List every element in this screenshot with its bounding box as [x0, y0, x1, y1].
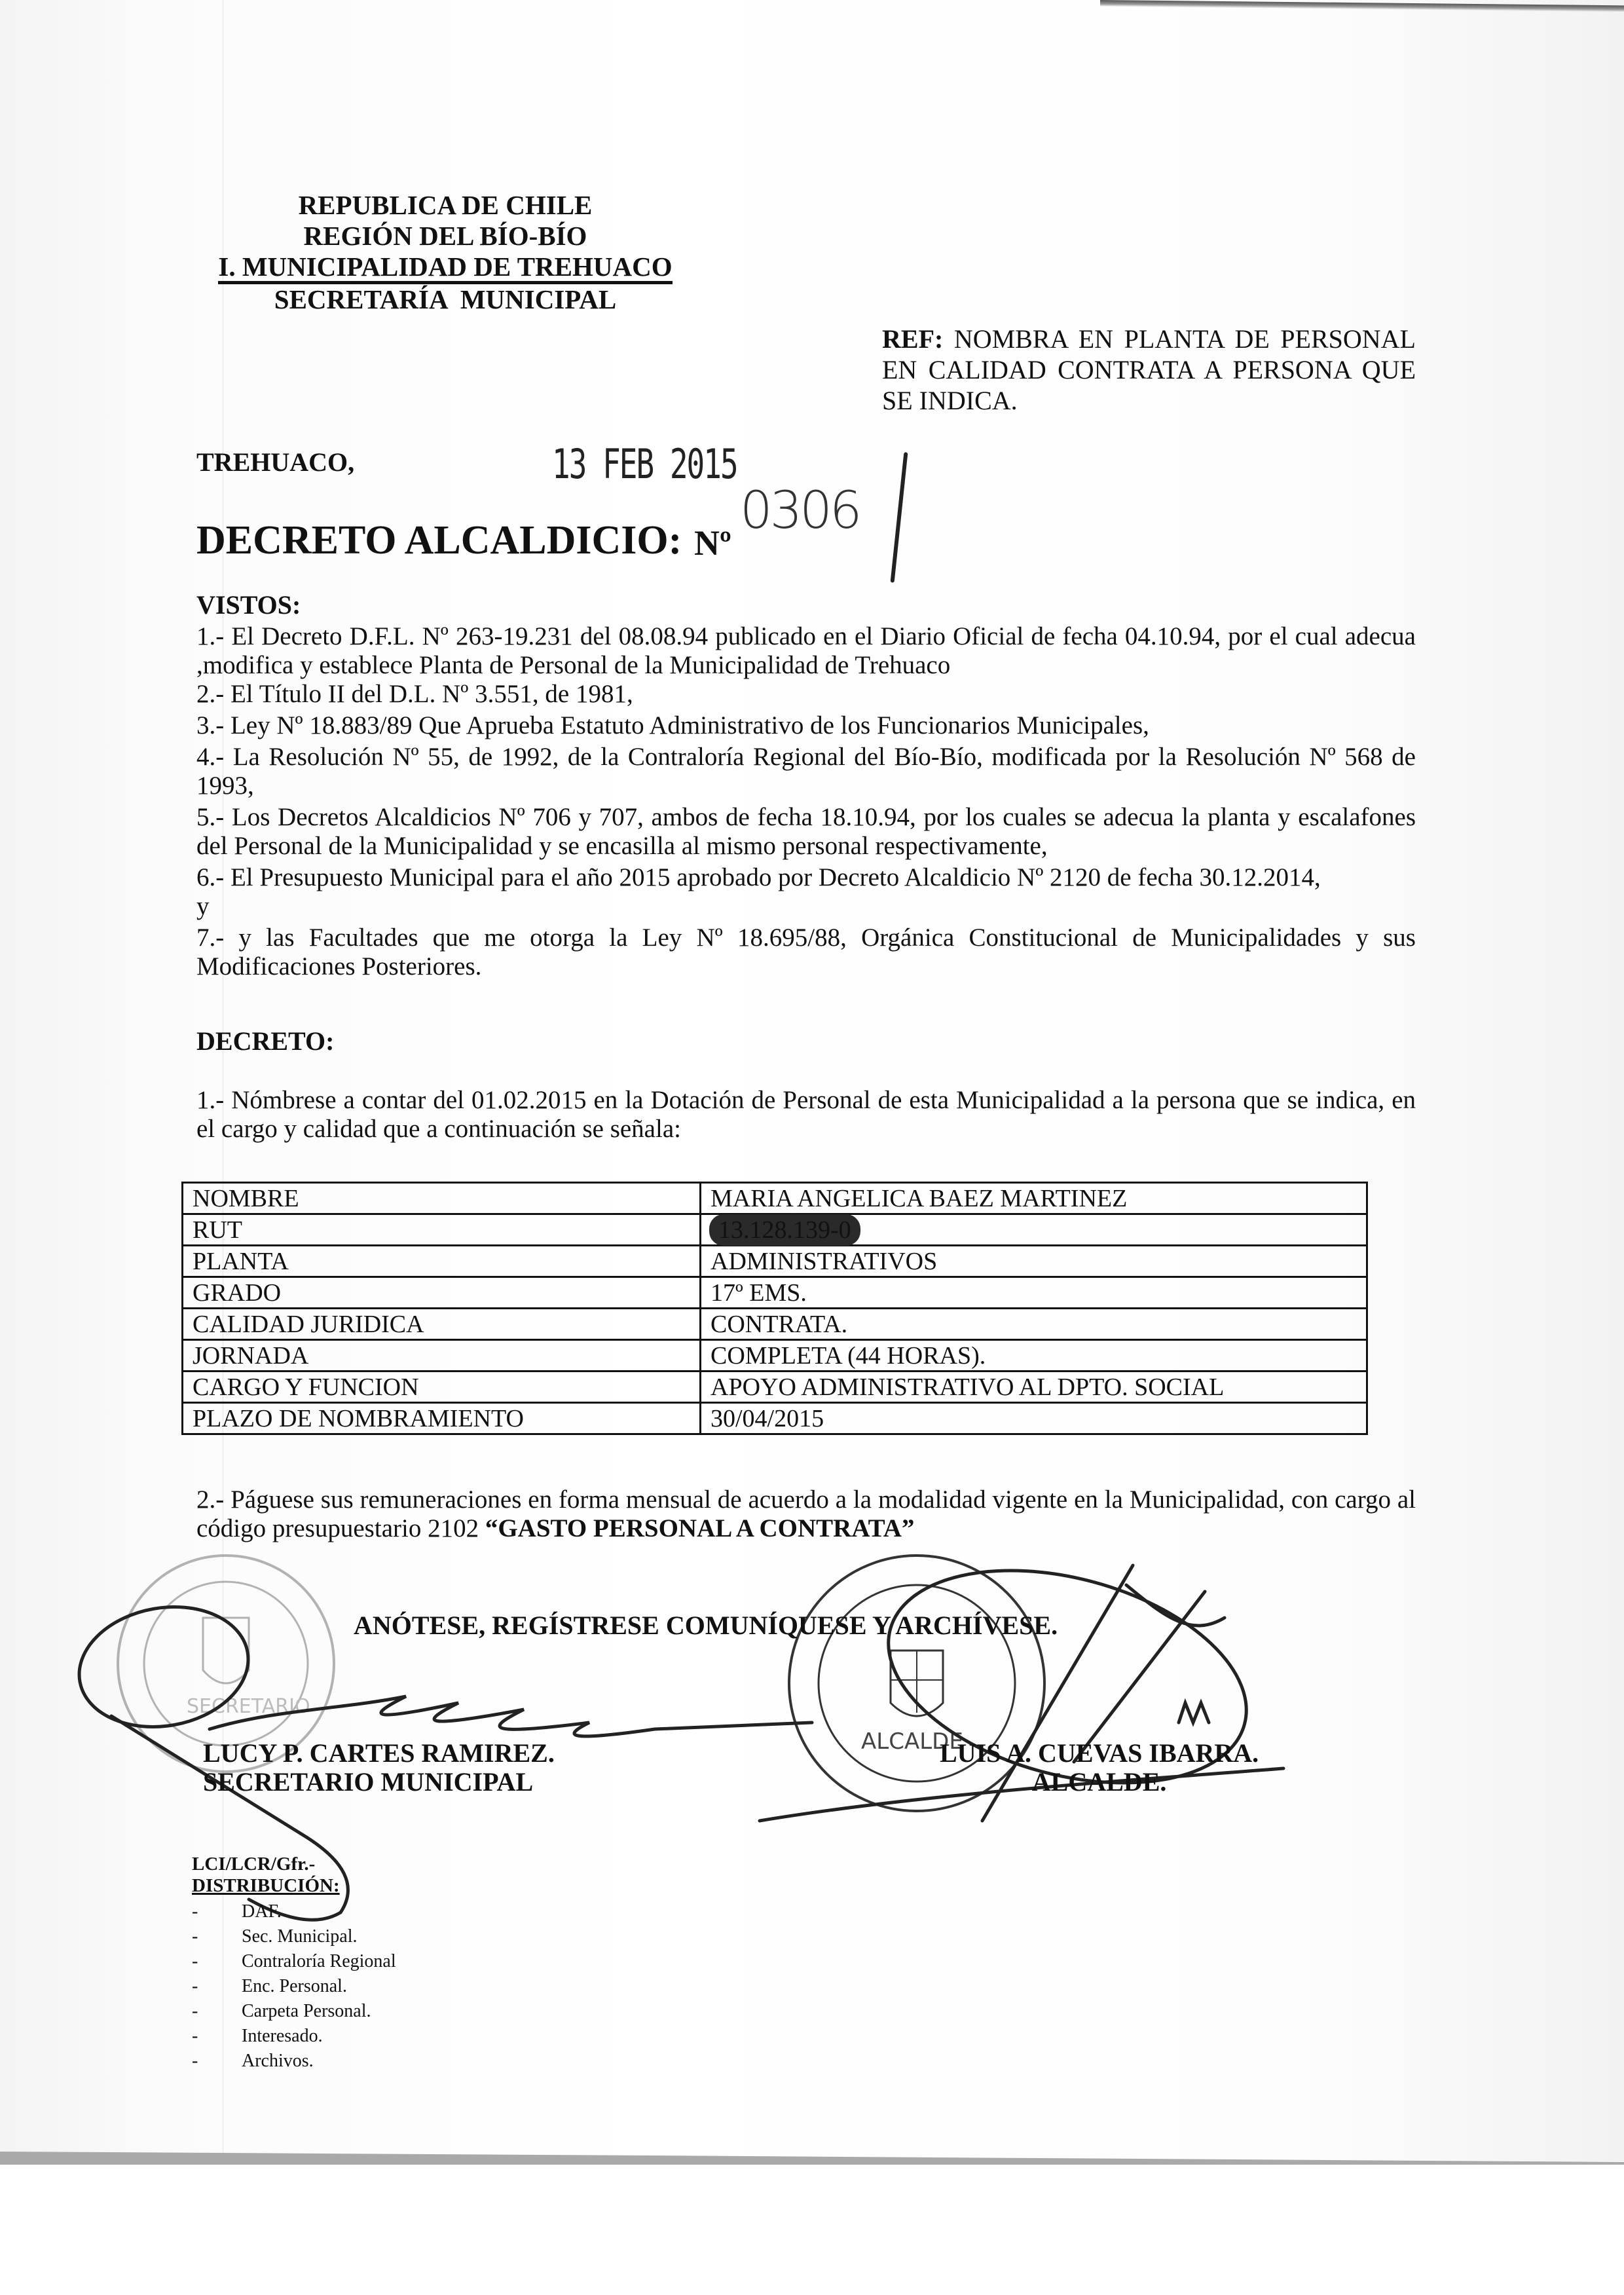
signatory-mayor: LUIS A. CUEVAS IBARRA. ALCALDE.	[940, 1739, 1259, 1797]
decreto-item-2: 2.- Páguese sus remuneraciones en forma …	[196, 1485, 1416, 1543]
distribution-item-label: Archivos.	[242, 2049, 314, 2074]
distribution-title: DISTRIBUCIÓN:	[192, 1875, 340, 1897]
table-row: CALIDAD JURIDICACONTRATA.	[183, 1309, 1367, 1340]
decree-title: DECRETO ALCALDICIO:	[196, 517, 682, 564]
distribution-item: -Carpeta Personal.	[192, 1999, 396, 2024]
letterhead-department: SECRETARÍA MUNICIPAL	[196, 284, 694, 315]
letterhead: REPUBLICA DE CHILE REGIÓN DEL BÍO-BÍO I.…	[196, 190, 694, 315]
redacted-rut: 13.128.139-0	[710, 1216, 859, 1244]
table-value: ADMINISTRATIVOS	[701, 1246, 1367, 1277]
mayor-role: ALCALDE.	[940, 1768, 1259, 1797]
table-row: NOMBREMARIA ANGELICA BAEZ MARTINEZ	[183, 1183, 1367, 1214]
decree-number-label: Nº	[694, 523, 731, 563]
bullet-dash: -	[192, 1949, 242, 1974]
distribution-item: -Interesado.	[192, 2024, 396, 2049]
table-row: GRADO17º EMS.	[183, 1277, 1367, 1309]
reference-label: REF:	[882, 324, 943, 354]
table-row: RUT13.128.139-0	[183, 1214, 1367, 1246]
secretary-name: LUCY P. CARTES RAMIREZ.	[203, 1739, 555, 1768]
table-key: PLANTA	[183, 1246, 701, 1277]
vistos-item: 1.- El Decreto D.F.L. Nº 263-19.231 del …	[196, 622, 1416, 680]
letterhead-municipality: I. MUNICIPALIDAD DE TREHUACO	[218, 252, 672, 284]
vistos-item: y	[196, 892, 1416, 921]
closing-formula: ANÓTESE, REGÍSTRESE COMUNÍQUESE Y ARCHÍV…	[354, 1610, 1058, 1641]
bullet-dash: -	[192, 2024, 242, 2049]
bullet-dash: -	[192, 1899, 242, 1924]
distribution-item: -Archivos.	[192, 2049, 396, 2074]
bullet-dash: -	[192, 1999, 242, 2024]
vistos-item: 3.- Ley Nº 18.883/89 Que Aprueba Estatut…	[196, 711, 1416, 740]
appointment-table: NOMBREMARIA ANGELICA BAEZ MARTINEZRUT13.…	[181, 1182, 1368, 1435]
vistos-item: 4.- La Resolución Nº 55, de 1992, de la …	[196, 743, 1416, 800]
distribution-item: -Sec. Municipal.	[192, 1924, 396, 1949]
distribution-list: -DAF.-Sec. Municipal.-Contraloría Region…	[192, 1899, 396, 2074]
table-value: 30/04/2015	[701, 1403, 1367, 1434]
vistos-title: VISTOS:	[196, 591, 1416, 620]
table-value: COMPLETA (44 HORAS).	[701, 1340, 1367, 1371]
vistos-item: 7.- y las Facultades que me otorga la Le…	[196, 924, 1416, 981]
table-value: MARIA ANGELICA BAEZ MARTINEZ	[701, 1183, 1367, 1214]
vistos-item: 6.- El Presupuesto Municipal para el año…	[196, 863, 1416, 892]
table-key: NOMBRE	[183, 1183, 701, 1214]
letterhead-region: REGIÓN DEL BÍO-BÍO	[196, 221, 694, 252]
distribution-item-label: Carpeta Personal.	[242, 1999, 371, 2024]
table-key: RUT	[183, 1214, 701, 1246]
secretary-role: SECRETARIO MUNICIPAL	[203, 1768, 555, 1797]
table-row: JORNADACOMPLETA (44 HORAS).	[183, 1340, 1367, 1371]
table-row: PLANTAADMINISTRATIVOS	[183, 1246, 1367, 1277]
table-row: CARGO Y FUNCIONAPOYO ADMINISTRATIVO AL D…	[183, 1371, 1367, 1403]
table-key: JORNADA	[183, 1340, 701, 1371]
table-value: 13.128.139-0	[701, 1214, 1367, 1246]
distribution-item-label: Contraloría Regional	[242, 1949, 396, 1974]
distribution-item-label: DAF.	[242, 1899, 282, 1924]
table-value: CONTRATA.	[701, 1309, 1367, 1340]
distribution-item: -Contraloría Regional	[192, 1949, 396, 1974]
mayor-name: LUIS A. CUEVAS IBARRA.	[940, 1739, 1259, 1768]
decreto-title: DECRETO:	[196, 1027, 1416, 1056]
decreto-section: DECRETO: 1.- Nómbrese a contar del 01.02…	[196, 1027, 1416, 1144]
table-key: PLAZO DE NOMBRAMIENTO	[183, 1403, 701, 1434]
decreto-item-1: 1.- Nómbrese a contar del 01.02.2015 en …	[196, 1086, 1416, 1144]
table-key: CALIDAD JURIDICA	[183, 1309, 701, 1340]
distribution-item-label: Enc. Personal.	[242, 1974, 347, 1999]
distribution-item: -DAF.	[192, 1899, 396, 1924]
vistos-section: VISTOS: 1.- El Decreto D.F.L. Nº 263-19.…	[196, 591, 1416, 981]
bullet-dash: -	[192, 1974, 242, 1999]
table-key: CARGO Y FUNCION	[183, 1371, 701, 1403]
vistos-item: 5.- Los Decretos Alcaldicios Nº 706 y 70…	[196, 803, 1416, 861]
vistos-item: 2.- El Título II del D.L. Nº 3.551, de 1…	[196, 680, 1416, 709]
table-value: 17º EMS.	[701, 1277, 1367, 1309]
table-key: GRADO	[183, 1277, 701, 1309]
initials: LCI/LCR/Gfr.-	[192, 1854, 315, 1875]
place: TREHUACO,	[196, 447, 354, 477]
date-stamp: 13 FEB 2015	[552, 440, 737, 488]
reference-block: REF: NOMBRA EN PLANTA DE PERSONAL EN CAL…	[882, 324, 1416, 416]
distribution-item: -Enc. Personal.	[192, 1974, 396, 1999]
signatory-secretary: LUCY P. CARTES RAMIREZ. SECRETARIO MUNIC…	[203, 1739, 555, 1797]
distribution-item-label: Interesado.	[242, 2024, 323, 2049]
distribution-item-label: Sec. Municipal.	[242, 1924, 358, 1949]
reference-text: NOMBRA EN PLANTA DE PERSONAL EN CALIDAD …	[882, 324, 1416, 415]
table-value: APOYO ADMINISTRATIVO AL DPTO. SOCIAL	[701, 1371, 1367, 1403]
table-row: PLAZO DE NOMBRAMIENTO30/04/2015	[183, 1403, 1367, 1434]
bullet-dash: -	[192, 1924, 242, 1949]
letterhead-country: REPUBLICA DE CHILE	[196, 190, 694, 221]
bullet-dash: -	[192, 2049, 242, 2074]
decree-number-handwritten: 0306	[740, 481, 860, 540]
budget-code-name: “GASTO PERSONAL A CONTRATA”	[485, 1514, 915, 1542]
